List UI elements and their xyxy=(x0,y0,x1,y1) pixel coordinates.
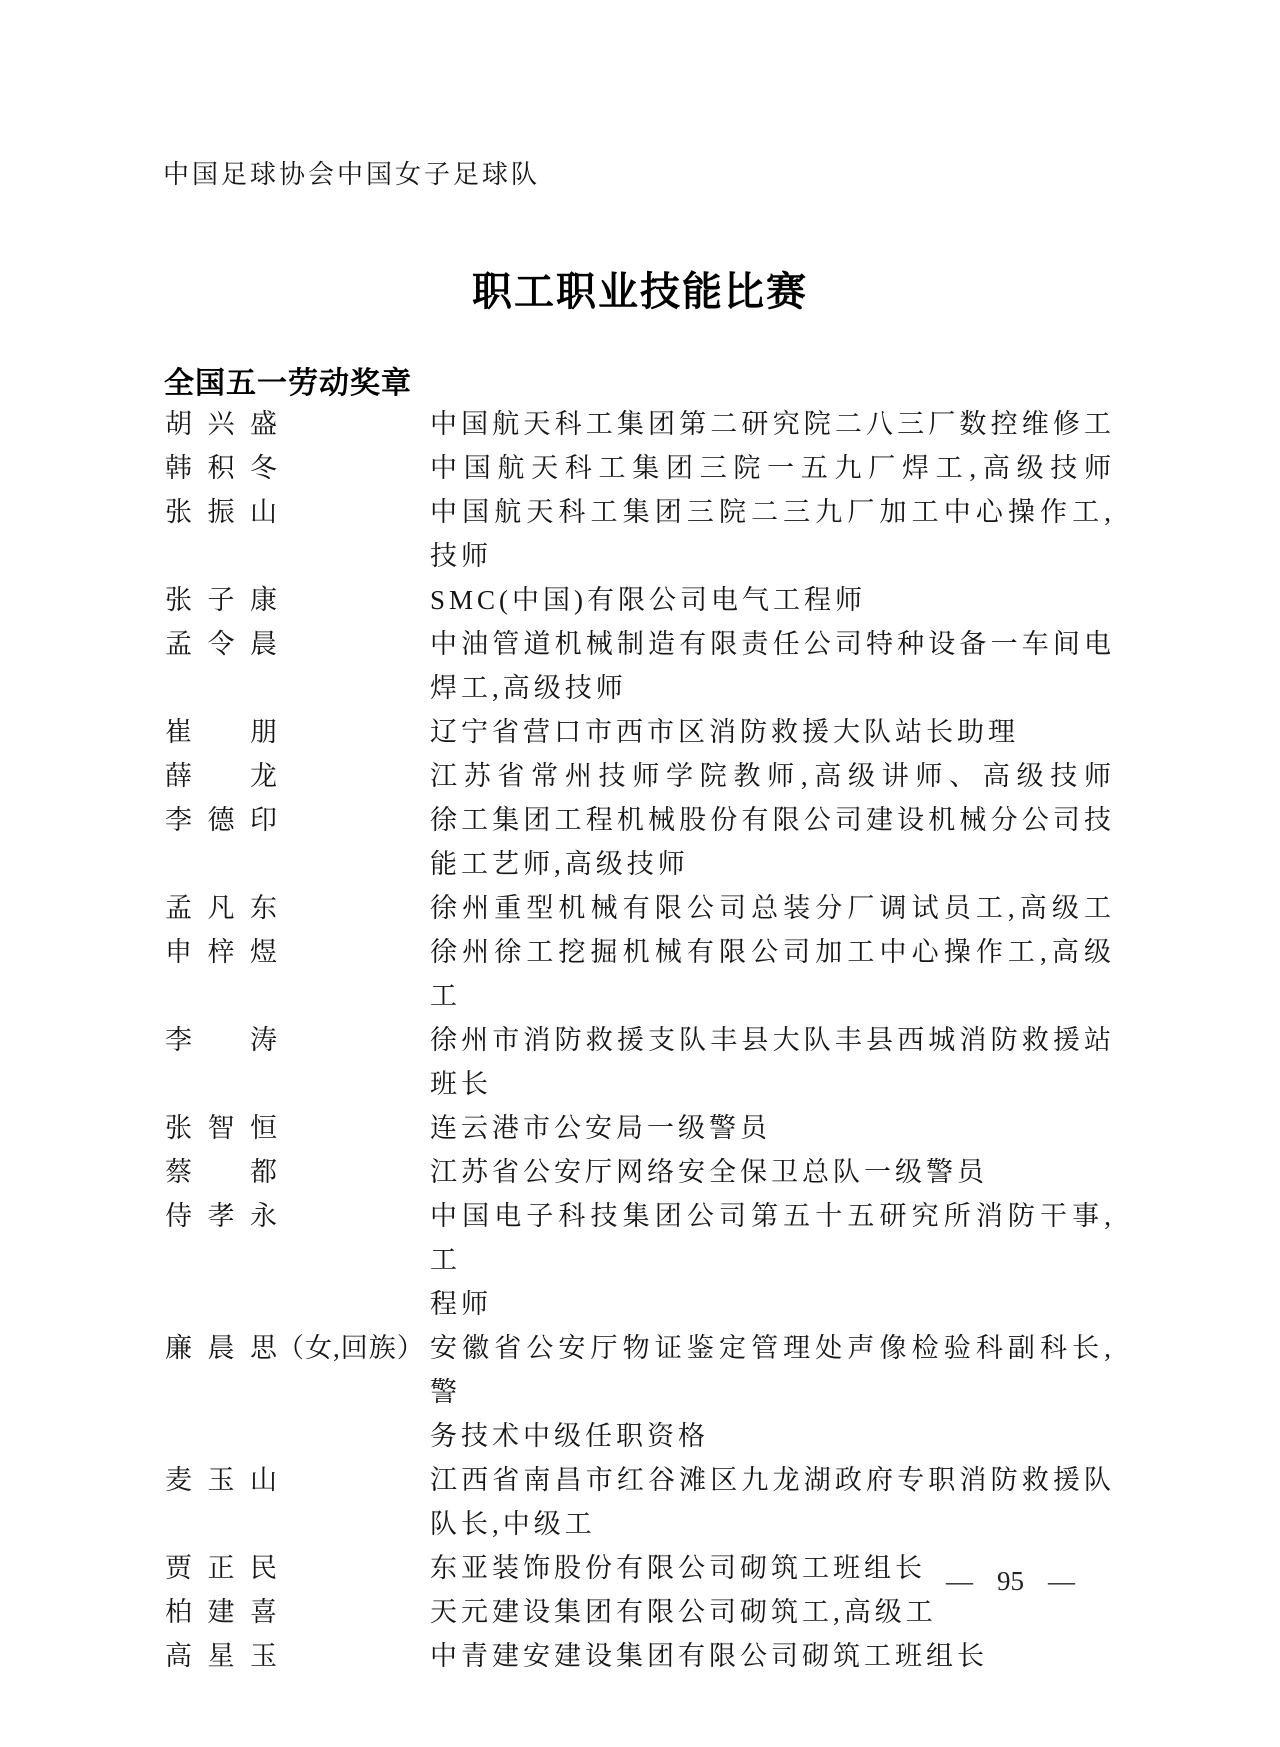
awardee-row: 韩积冬 中国航天科工集团三院一五九厂焊工,高级技师 xyxy=(165,446,1115,490)
description-line: 连云港市公安局一级警员 xyxy=(430,1106,1115,1150)
awardee-name-note: （女,回族） xyxy=(277,1333,425,1363)
section-heading: 全国五一劳动奖章 xyxy=(164,358,412,402)
awardee-description: 中国航天科工集团三院一五九厂焊工,高级技师 xyxy=(430,446,1115,490)
awardee-description: 安徽省公安厅物证鉴定管理处声像检验科副科长,警务技术中级任职资格 xyxy=(430,1326,1115,1458)
awardee-name: 薛龙 xyxy=(165,754,277,798)
awardee-row: 高星玉 中青建安建设集团有限公司砌筑工班组长 xyxy=(165,1634,1115,1678)
awardee-name-cell: 薛龙 xyxy=(165,754,430,798)
awardee-row: 孟令晨 中油管道机械制造有限责任公司特种设备一车间电焊工,高级技师 xyxy=(165,622,1115,710)
description-line: 中青建安建设集团有限公司砌筑工班组长 xyxy=(430,1634,1115,1678)
description-line: 江苏省常州技师学院教师,高级讲师、高级技师 xyxy=(430,754,1115,798)
awardee-name-cell: 李德印 xyxy=(165,798,430,842)
awardee-name-cell: 申梓煜 xyxy=(165,930,430,974)
awardee-name: 韩积冬 xyxy=(165,446,277,490)
awardee-name-cell: 蔡都 xyxy=(165,1150,430,1194)
awardee-name: 高星玉 xyxy=(165,1634,277,1678)
awardee-name-cell: 张振山 xyxy=(165,490,430,534)
awardee-description: 中油管道机械制造有限责任公司特种设备一车间电焊工,高级技师 xyxy=(430,622,1115,710)
awardee-row: 麦玉山 江西省南昌市红谷滩区九龙湖政府专职消防救援队队长,中级工 xyxy=(165,1458,1115,1546)
description-line: 中国航天科工集团三院二三九厂加工中心操作工, xyxy=(430,490,1115,534)
description-line: 能工艺师,高级技师 xyxy=(430,842,1115,886)
description-line: 徐州重型机械有限公司总装分厂调试员工,高级工 xyxy=(430,886,1115,930)
awardee-name: 张振山 xyxy=(165,490,277,534)
description-line: 辽宁省营口市西市区消防救援大队站长助理 xyxy=(430,710,1115,754)
awardee-name: 柏建喜 xyxy=(165,1590,277,1634)
awardee-name: 崔朋 xyxy=(165,710,277,754)
awardee-name: 李德印 xyxy=(165,798,277,842)
awardee-row: 申梓煜 徐州徐工挖掘机械有限公司加工中心操作工,高级工 xyxy=(165,930,1115,1018)
description-line: 江西省南昌市红谷滩区九龙湖政府专职消防救援队 xyxy=(430,1458,1115,1502)
awardee-description: 中国航天科工集团第二研究院二八三厂数控维修工 xyxy=(430,402,1115,446)
awardee-name: 胡兴盛 xyxy=(165,402,277,446)
awardee-description: 徐州重型机械有限公司总装分厂调试员工,高级工 xyxy=(430,886,1115,930)
awardee-name-cell: 胡兴盛 xyxy=(165,402,430,446)
awardee-description: SMC(中国)有限公司电气工程师 xyxy=(430,578,1115,622)
awardee-description: 江西省南昌市红谷滩区九龙湖政府专职消防救援队队长,中级工 xyxy=(430,1458,1115,1546)
awardee-row: 侍孝永 中国电子科技集团公司第五十五研究所消防干事,工程师 xyxy=(165,1194,1115,1326)
awardee-name-cell: 柏建喜 xyxy=(165,1590,430,1634)
awardee-row: 崔朋 辽宁省营口市西市区消防救援大队站长助理 xyxy=(165,710,1115,754)
awardee-description: 中青建安建设集团有限公司砌筑工班组长 xyxy=(430,1634,1115,1678)
awardee-name-cell: 高星玉 xyxy=(165,1634,430,1678)
description-line: 程师 xyxy=(430,1282,1115,1326)
awardee-name-cell: 孟凡东 xyxy=(165,886,430,930)
awardee-description: 徐州徐工挖掘机械有限公司加工中心操作工,高级工 xyxy=(430,930,1115,1018)
awardee-name: 廉晨思 xyxy=(165,1326,277,1370)
awardee-name: 张子康 xyxy=(165,578,277,622)
description-line: 中油管道机械制造有限责任公司特种设备一车间电 xyxy=(430,622,1115,666)
header-line: 中国足球协会中国女子足球队 xyxy=(163,158,540,192)
awardee-list: 胡兴盛 中国航天科工集团第二研究院二八三厂数控维修工 韩积冬 中国航天科工集团三… xyxy=(165,402,1115,1678)
awardee-row: 薛龙 江苏省常州技师学院教师,高级讲师、高级技师 xyxy=(165,754,1115,798)
awardee-name-cell: 侍孝永 xyxy=(165,1194,430,1238)
awardee-row: 蔡都 江苏省公安厅网络安全保卫总队一级警员 xyxy=(165,1150,1115,1194)
awardee-row: 孟凡东 徐州重型机械有限公司总装分厂调试员工,高级工 xyxy=(165,886,1115,930)
awardee-name: 侍孝永 xyxy=(165,1194,277,1238)
awardee-description: 辽宁省营口市西市区消防救援大队站长助理 xyxy=(430,710,1115,754)
description-line: 安徽省公安厅物证鉴定管理处声像检验科副科长,警 xyxy=(430,1326,1115,1414)
description-line: 徐工集团工程机械股份有限公司建设机械分公司技 xyxy=(430,798,1115,842)
awardee-row: 廉晨思（女,回族） 安徽省公安厅物证鉴定管理处声像检验科副科长,警务技术中级任职… xyxy=(165,1326,1115,1458)
description-line: 队长,中级工 xyxy=(430,1502,1115,1546)
awardee-name-cell: 崔朋 xyxy=(165,710,430,754)
description-line: 徐州徐工挖掘机械有限公司加工中心操作工,高级工 xyxy=(430,930,1115,1018)
description-line: 技师 xyxy=(430,534,1115,578)
awardee-name-cell: 贾正民 xyxy=(165,1546,430,1590)
description-line: 务技术中级任职资格 xyxy=(430,1414,1115,1458)
awardee-name: 孟令晨 xyxy=(165,622,277,666)
description-line: 焊工,高级技师 xyxy=(430,666,1115,710)
description-line: 班长 xyxy=(430,1062,1115,1106)
awardee-name-cell: 张智恒 xyxy=(165,1106,430,1150)
awardee-name-cell: 李涛 xyxy=(165,1018,430,1062)
awardee-name: 孟凡东 xyxy=(165,886,277,930)
awardee-name: 李涛 xyxy=(165,1018,277,1062)
awardee-row: 张子康 SMC(中国)有限公司电气工程师 xyxy=(165,578,1115,622)
description-line: 中国航天科工集团三院一五九厂焊工,高级技师 xyxy=(430,446,1115,490)
awardee-description: 徐工集团工程机械股份有限公司建设机械分公司技能工艺师,高级技师 xyxy=(430,798,1115,886)
description-line: 徐州市消防救援支队丰县大队丰县西城消防救援站 xyxy=(430,1018,1115,1062)
page-footer: — 95 — xyxy=(946,1566,1075,1597)
awardee-row: 李涛 徐州市消防救援支队丰县大队丰县西城消防救援站班长 xyxy=(165,1018,1115,1106)
awardee-name-cell: 麦玉山 xyxy=(165,1458,430,1502)
description-line: 中国电子科技集团公司第五十五研究所消防干事,工 xyxy=(430,1194,1115,1282)
awardee-row: 张振山 中国航天科工集团三院二三九厂加工中心操作工,技师 xyxy=(165,490,1115,578)
awardee-row: 李德印 徐工集团工程机械股份有限公司建设机械分公司技能工艺师,高级技师 xyxy=(165,798,1115,886)
awardee-row: 胡兴盛 中国航天科工集团第二研究院二八三厂数控维修工 xyxy=(165,402,1115,446)
awardee-name-cell: 孟令晨 xyxy=(165,622,430,666)
awardee-name: 申梓煜 xyxy=(165,930,277,974)
awardee-name: 贾正民 xyxy=(165,1546,277,1590)
page-number: 95 xyxy=(997,1566,1024,1597)
footer-dash-right: — xyxy=(1048,1566,1075,1597)
awardee-description: 徐州市消防救援支队丰县大队丰县西城消防救援站班长 xyxy=(430,1018,1115,1106)
awardee-description: 连云港市公安局一级警员 xyxy=(430,1106,1115,1150)
awardee-row: 张智恒 连云港市公安局一级警员 xyxy=(165,1106,1115,1150)
awardee-name-cell: 廉晨思（女,回族） xyxy=(165,1326,430,1370)
awardee-name-cell: 韩积冬 xyxy=(165,446,430,490)
document-page: 中国足球协会中国女子足球队 职工职业技能比赛 全国五一劳动奖章 胡兴盛 中国航天… xyxy=(0,0,1280,1747)
description-line: SMC(中国)有限公司电气工程师 xyxy=(430,578,1115,622)
awardee-description: 江苏省常州技师学院教师,高级讲师、高级技师 xyxy=(430,754,1115,798)
footer-dash-left: — xyxy=(946,1566,973,1597)
awardee-name: 蔡都 xyxy=(165,1150,277,1194)
awardee-description: 中国航天科工集团三院二三九厂加工中心操作工,技师 xyxy=(430,490,1115,578)
awardee-name: 麦玉山 xyxy=(165,1458,277,1502)
awardee-name: 张智恒 xyxy=(165,1106,277,1150)
awardee-name-cell: 张子康 xyxy=(165,578,430,622)
description-line: 江苏省公安厅网络安全保卫总队一级警员 xyxy=(430,1150,1115,1194)
page-title: 职工职业技能比赛 xyxy=(165,260,1115,317)
awardee-description: 中国电子科技集团公司第五十五研究所消防干事,工程师 xyxy=(430,1194,1115,1326)
awardee-description: 江苏省公安厅网络安全保卫总队一级警员 xyxy=(430,1150,1115,1194)
description-line: 中国航天科工集团第二研究院二八三厂数控维修工 xyxy=(430,402,1115,446)
